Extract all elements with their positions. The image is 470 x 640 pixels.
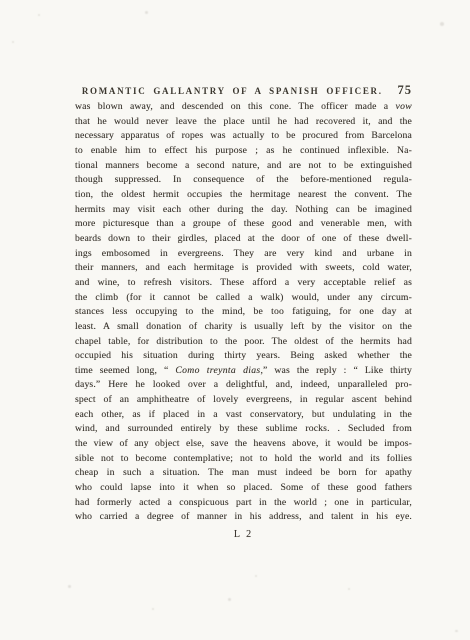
text-line: each other, as if placed in a vast conse… (75, 408, 412, 423)
scan-speck (38, 14, 40, 16)
text-line: more picturesque than a groupe of these … (75, 217, 412, 232)
scan-speck (348, 588, 350, 590)
scan-speck (228, 598, 231, 601)
text-line: hermits may visit each other during the … (75, 203, 412, 218)
text-line: was blown away, and descended on this co… (75, 100, 412, 115)
text-line: beards down to their girdles, placed at … (75, 232, 412, 247)
text-line: days.” Here he looked over a delightful,… (75, 378, 412, 393)
scan-speck (152, 608, 154, 610)
text-line: occupied his situation during thirty yea… (75, 349, 412, 364)
text-line: their manners, and each hermitage is pro… (75, 261, 412, 276)
text-line: spect of an amphitheatre of lovely everg… (75, 393, 412, 408)
scan-speck (440, 22, 444, 26)
text-line: wind, and surrounded entirely by these s… (75, 422, 412, 437)
text-line: tional manners become a second nature, a… (75, 159, 412, 174)
text-line: ings embosomed in evergreens. They are v… (75, 247, 412, 262)
book-page: ROMANTIC GALLANTRY OF A SPANISH OFFICER.… (0, 0, 470, 640)
body-text-block: was blown away, and descended on this co… (75, 100, 412, 525)
running-header: ROMANTIC GALLANTRY OF A SPANISH OFFICER.… (75, 83, 412, 98)
text-line: stances less occupying to the mind, be t… (75, 305, 412, 320)
text-line: though suppressed. In consequence of the… (75, 173, 412, 188)
text-line: the view of any object else, save the he… (75, 437, 412, 452)
text-line: the climb (for it cannot be called a wal… (75, 291, 412, 306)
scan-speck (68, 585, 71, 588)
text-line: chapel table, for distribution to the po… (75, 335, 412, 350)
running-header-title: ROMANTIC GALLANTRY OF A SPANISH OFFICER. (75, 86, 390, 96)
text-line: to enable him to effect his purpose ; as… (75, 144, 412, 159)
text-line: cheap in such a situation. The man must … (75, 466, 412, 481)
text-line: necessary apparatus of ropes was actuall… (75, 129, 412, 144)
signature-mark: L 2 (75, 529, 412, 540)
text-line: time seemed long, “ Como treynta dias,” … (75, 364, 412, 379)
scan-speck (255, 575, 257, 577)
scan-speck (12, 41, 14, 43)
page-number: 75 (390, 83, 413, 98)
text-line: least. A small donation of charity is us… (75, 320, 412, 335)
text-line: had formerly acted a conspicuous part in… (75, 496, 412, 511)
text-line: who could lapse into it when so placed. … (75, 481, 412, 496)
scan-speck (455, 630, 458, 632)
text-line: that he would never leave the place unti… (75, 115, 412, 130)
text-line: and wine, to refresh visitors. These aff… (75, 276, 412, 291)
text-line: sible not to become contemplative; not t… (75, 452, 412, 467)
text-line: who carried a degree of manner in his ad… (75, 510, 412, 525)
text-line: tion, the oldest hermit occupies the her… (75, 188, 412, 203)
scan-speck (145, 11, 148, 14)
